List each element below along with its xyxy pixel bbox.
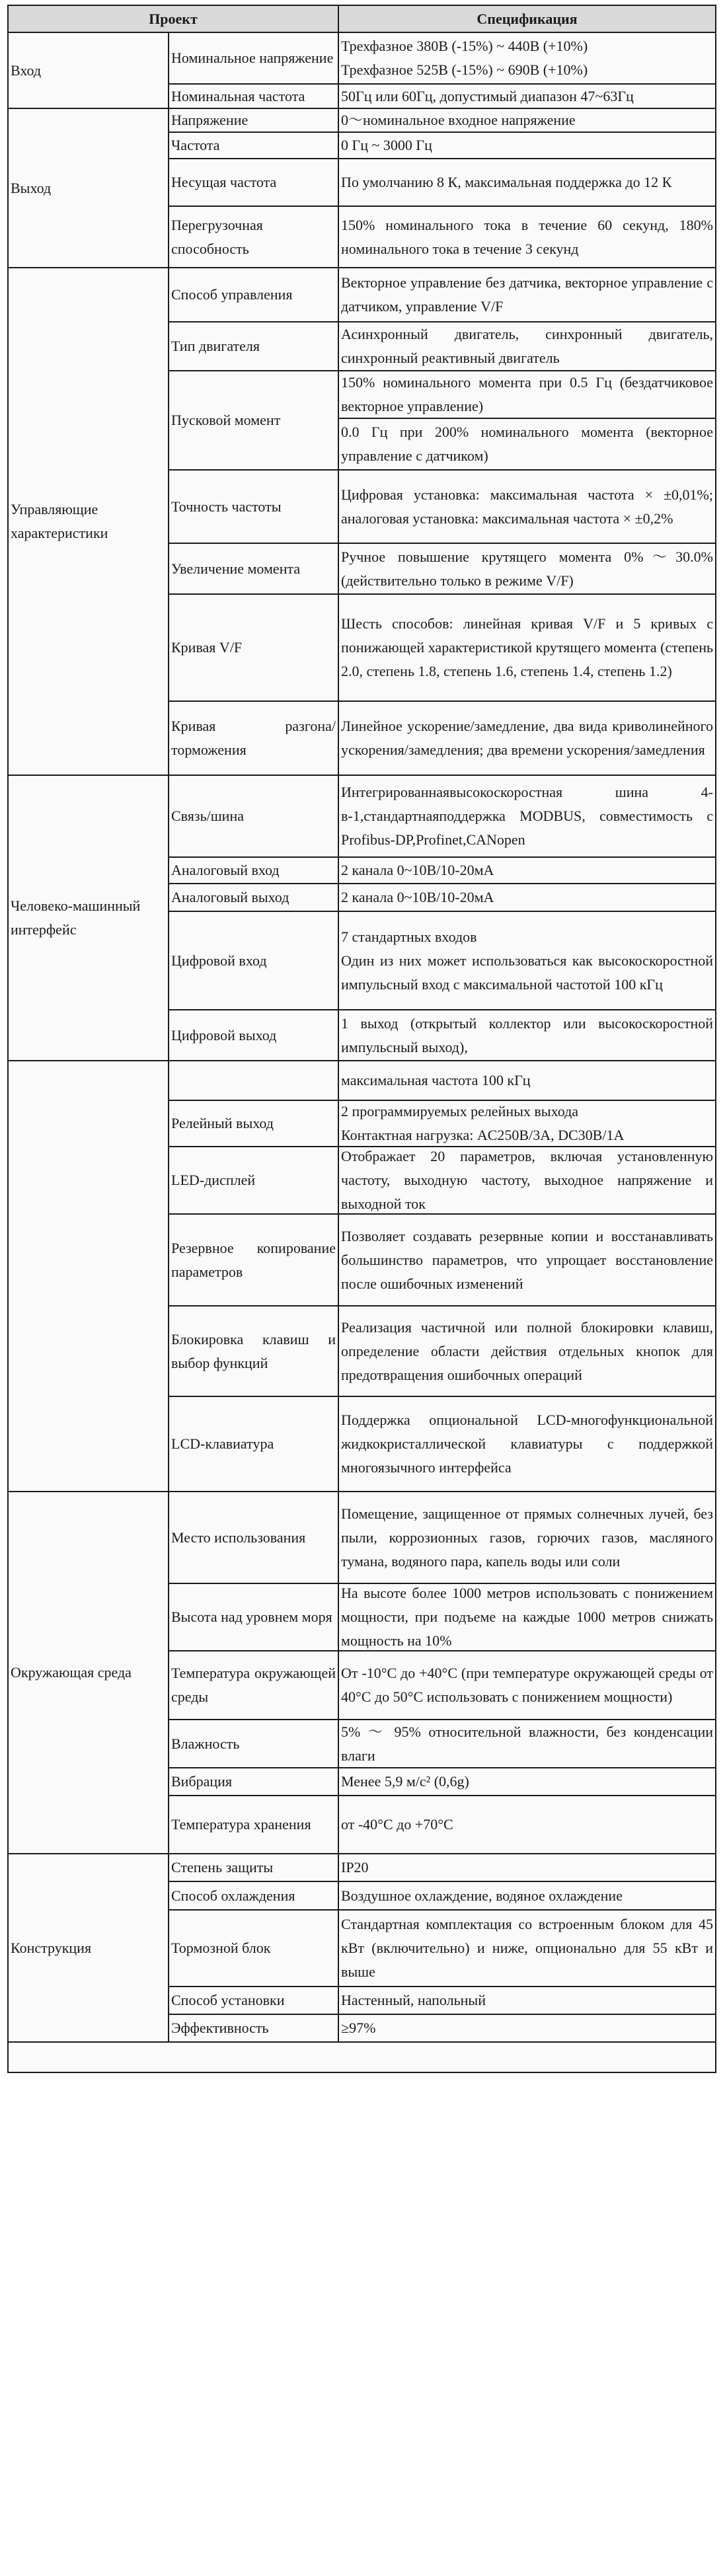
group-cell: Конструкция xyxy=(9,1854,169,2043)
value-text: 2 программируемых релейных выходаКонтакт… xyxy=(341,1101,713,1147)
value-text: От -10°C до +40°C (при температуре окруж… xyxy=(341,1661,713,1709)
value-cell: Интегрированнаявысокоскоростная шина 4-в… xyxy=(339,776,715,858)
value-text: Ручное повышение крутящего момента 0%～30… xyxy=(341,545,713,593)
value-text: 2 канала 0~10В/10-20мА xyxy=(341,886,713,909)
value-line: От -10°C до +40°C (при температуре окруж… xyxy=(341,1661,713,1709)
value-text: На высоте более 1000 метров использовать… xyxy=(341,1584,713,1651)
param-cell: Высота над уровнем моря xyxy=(169,1584,339,1651)
value-cell: На высоте более 1000 метров использовать… xyxy=(339,1584,715,1651)
value-text: от -40°C до +70°C xyxy=(341,1813,713,1837)
param-label: Точность частоты xyxy=(171,495,336,519)
value-cell: Поддержка опциональной LCD-многофункцион… xyxy=(339,1397,715,1492)
value-cell: Воздушное охлаждение, водяное охлаждение xyxy=(339,1882,715,1911)
value-line: Стандартная комплектация со встроенным б… xyxy=(341,1913,713,1984)
value-text: Трехфазное 380В (-15%) ~ 440В (+10%)Трех… xyxy=(341,34,713,82)
value-text: Воздушное охлаждение, водяное охлаждение xyxy=(341,1884,713,1908)
param-cell: Релейный выход xyxy=(169,1101,339,1147)
value-text: Векторное управление без датчика, вектор… xyxy=(341,271,713,319)
param-label: Резервное копирование параметров xyxy=(171,1236,336,1284)
param-label: Способ управления xyxy=(171,283,336,307)
value-text: максимальная частота 100 кГц xyxy=(341,1069,713,1092)
param-label: Степень защиты xyxy=(171,1856,336,1879)
value-cell: 0.0 Гц при 200% номинального момента (ве… xyxy=(339,419,715,471)
param-label: Цифровой вход xyxy=(171,949,336,973)
param-cell: Температура окружающей среды xyxy=(169,1651,339,1720)
value-line: 1 выход (открытый коллектор или высокоск… xyxy=(341,1012,713,1059)
value-cell: Отображает 20 параметров, включая устано… xyxy=(339,1147,715,1215)
header-specification-label: Спецификация xyxy=(341,7,713,31)
value-line: Настенный, напольный xyxy=(341,1989,713,2012)
param-label: Аналоговый выход xyxy=(171,886,336,909)
value-cell: 50Гц или 60Гц, допустимый диапазон 47~63… xyxy=(339,85,715,109)
value-text: 0 Гц ~ 3000 Гц xyxy=(341,133,713,157)
param-label: Эффективность xyxy=(171,2016,336,2040)
value-cell: 5% ～ 95% относительной влажности, без ко… xyxy=(339,1720,715,1768)
value-line: IP20 xyxy=(341,1856,713,1879)
value-cell: Линейное ускорение/замедление, два вида … xyxy=(339,702,715,776)
value-line: 0～номинальное входное напряжение xyxy=(341,109,713,132)
group-cell: Управляющие характеристики xyxy=(9,268,169,776)
param-cell: Способ установки xyxy=(169,1987,339,2015)
param-cell: Увеличение момента xyxy=(169,544,339,595)
param-cell: Номинальное напряжение xyxy=(169,33,339,85)
group-label: Конструкция xyxy=(11,1936,166,1960)
param-label: Связь/шина xyxy=(171,804,336,828)
param-label: Номинальная частота xyxy=(171,85,336,108)
value-line: Шесть способов: линейная кривая V/F и 5 … xyxy=(341,612,713,683)
value-cell: От -10°C до +40°C (при температуре окруж… xyxy=(339,1651,715,1720)
group-label: Окружающая среда xyxy=(11,1661,166,1685)
param-cell: Связь/шина xyxy=(169,776,339,858)
group-cell: Вход xyxy=(9,33,169,109)
param-label: Пусковой момент xyxy=(171,408,336,432)
param-label: Номинальное напряжение xyxy=(171,46,336,70)
param-label: Температура хранения xyxy=(171,1813,336,1837)
param-cell xyxy=(169,1061,339,1101)
spec-table: Проект Спецификация ВходНоминальное напр… xyxy=(7,5,716,2073)
value-cell: По умолчанию 8 К, максимальная поддержка… xyxy=(339,159,715,207)
value-line: максимальная частота 100 кГц xyxy=(341,1069,713,1092)
param-label: Кривая V/F xyxy=(171,636,336,660)
value-cell: Асинхронный двигатель, синхронный двигат… xyxy=(339,322,715,371)
value-text: Настенный, напольный xyxy=(341,1989,713,2012)
param-cell: Тип двигателя xyxy=(169,322,339,371)
param-label: LED-дисплей xyxy=(171,1168,336,1192)
param-label: Способ охлаждения xyxy=(171,1884,336,1908)
value-cell: 0 Гц ~ 3000 Гц xyxy=(339,133,715,159)
header-specification: Спецификация xyxy=(339,6,715,33)
value-line: Ручное повышение крутящего момента 0%～30… xyxy=(341,545,713,593)
param-cell: Номинальная частота xyxy=(169,85,339,109)
param-label: Несущая частота xyxy=(171,170,336,194)
param-label: LCD-клавиатура xyxy=(171,1432,336,1456)
param-cell: Несущая частота xyxy=(169,159,339,207)
param-label: Вибрация xyxy=(171,1770,336,1794)
value-text: 1 выход (открытый коллектор или высокоск… xyxy=(341,1012,713,1059)
value-cell: 2 канала 0~10В/10-20мА xyxy=(339,884,715,912)
value-cell: 150% номинального момента при 0.5 Гц (бе… xyxy=(339,371,715,419)
param-cell: Тормозной блок xyxy=(169,1911,339,1987)
param-cell: Перегрузочная способность xyxy=(169,207,339,268)
param-label: Увеличение момента xyxy=(171,557,336,581)
header-project-label: Проект xyxy=(11,7,336,31)
value-cell: IP20 xyxy=(339,1854,715,1882)
param-cell: Аналоговый выход xyxy=(169,884,339,912)
value-cell: Ручное повышение крутящего момента 0%～30… xyxy=(339,544,715,595)
param-label: Релейный выход xyxy=(171,1112,336,1135)
value-text: 2 канала 0~10В/10-20мА xyxy=(341,858,713,882)
param-cell: Частота xyxy=(169,133,339,159)
value-cell: 7 стандартных входовОдин из них может ис… xyxy=(339,912,715,1010)
param-cell: LED-дисплей xyxy=(169,1147,339,1215)
value-line: По умолчанию 8 К, максимальная поддержка… xyxy=(341,170,713,194)
value-text: Поддержка опциональной LCD-многофункцион… xyxy=(341,1408,713,1480)
header-project: Проект xyxy=(9,6,339,33)
value-text: Помещение, защищенное от прямых солнечны… xyxy=(341,1502,713,1573)
param-label: Влажность xyxy=(171,1732,336,1756)
param-cell: Способ охлаждения xyxy=(169,1882,339,1911)
value-line: от -40°C до +70°C xyxy=(341,1813,713,1837)
value-text: Интегрированнаявысокоскоростная шина 4-в… xyxy=(341,780,713,852)
value-text: 0～номинальное входное напряжение xyxy=(341,109,713,132)
value-line: Реализация частичной или полной блокиров… xyxy=(341,1316,713,1387)
value-text: 150% номинального момента при 0.5 Гц (бе… xyxy=(341,371,713,418)
param-label: Блокировка клавиш и выбор функций xyxy=(171,1328,336,1375)
param-cell: Температура хранения xyxy=(169,1796,339,1854)
value-cell: 0～номинальное входное напряжение xyxy=(339,109,715,133)
value-cell: Помещение, защищенное от прямых солнечны… xyxy=(339,1492,715,1584)
value-line: Асинхронный двигатель, синхронный двигат… xyxy=(341,322,713,370)
value-line: 5% ～ 95% относительной влажности, без ко… xyxy=(341,1720,713,1768)
value-line: Позволяет создавать резервные копии и во… xyxy=(341,1225,713,1296)
param-label: Кривая разгона/торможения xyxy=(171,714,336,762)
value-cell: Менее 5,9 м/с² (0,6g) xyxy=(339,1768,715,1796)
value-text: 50Гц или 60Гц, допустимый диапазон 47~63… xyxy=(341,85,713,108)
value-text: ≥97% xyxy=(341,2016,713,2040)
param-label: Способ установки xyxy=(171,1989,336,2012)
value-text: 0.0 Гц при 200% номинального момента (ве… xyxy=(341,420,713,468)
value-line: Трехфазное 380В (-15%) ~ 440В (+10%) xyxy=(341,34,713,58)
value-line: 2 канала 0~10В/10-20мА xyxy=(341,886,713,909)
param-cell: Вибрация xyxy=(169,1768,339,1796)
value-text: По умолчанию 8 К, максимальная поддержка… xyxy=(341,170,713,194)
param-cell: Точность частоты xyxy=(169,471,339,544)
value-line: 2 программируемых релейных выхода xyxy=(341,1101,713,1123)
value-line: Векторное управление без датчика, вектор… xyxy=(341,271,713,319)
param-cell: Блокировка клавиш и выбор функций xyxy=(169,1307,339,1397)
group-cell: Окружающая среда xyxy=(9,1492,169,1854)
group-label: Человеко-машинный интерфейс xyxy=(11,894,166,942)
group-label: Выход xyxy=(11,176,166,200)
param-cell: Резервное копирование параметров xyxy=(169,1215,339,1307)
param-label: Перегрузочная способность xyxy=(171,213,336,261)
value-text: 5% ～ 95% относительной влажности, без ко… xyxy=(341,1720,713,1768)
value-cell: 2 программируемых релейных выходаКонтакт… xyxy=(339,1101,715,1147)
param-cell: Влажность xyxy=(169,1720,339,1768)
param-label: Напряжение xyxy=(171,109,336,132)
value-line: ≥97% xyxy=(341,2016,713,2040)
group-cell: Человеко-машинный интерфейс xyxy=(9,776,169,1061)
value-text: 7 стандартных входовОдин из них может ис… xyxy=(341,925,713,997)
param-label: Высота над уровнем моря xyxy=(171,1605,336,1629)
param-cell: Кривая V/F xyxy=(169,595,339,702)
value-cell: Реализация частичной или полной блокиров… xyxy=(339,1307,715,1397)
value-cell: 150% номинального тока в течение 60 секу… xyxy=(339,207,715,268)
value-text: IP20 xyxy=(341,1856,713,1879)
group-label: Управляющие характеристики xyxy=(11,498,166,545)
value-cell: 1 выход (открытый коллектор или высокоск… xyxy=(339,1010,715,1061)
value-cell: от -40°C до +70°C xyxy=(339,1796,715,1854)
param-label: Частота xyxy=(171,133,336,157)
param-label: Аналоговый вход xyxy=(171,858,336,882)
value-line: Цифровая установка: максимальная частота… xyxy=(341,483,713,531)
value-line: Отображает 20 параметров, включая устано… xyxy=(341,1147,713,1215)
value-cell: максимальная частота 100 кГц xyxy=(339,1061,715,1101)
value-text: Шесть способов: линейная кривая V/F и 5 … xyxy=(341,612,713,683)
value-text: Менее 5,9 м/с² (0,6g) xyxy=(341,1770,713,1794)
value-line: 150% номинального тока в течение 60 секу… xyxy=(341,213,713,261)
group-cell: Выход xyxy=(9,109,169,268)
value-text: Позволяет создавать резервные копии и во… xyxy=(341,1225,713,1296)
value-line: Линейное ускорение/замедление, два вида … xyxy=(341,714,713,762)
value-text: Линейное ускорение/замедление, два вида … xyxy=(341,714,713,762)
value-text: Цифровая установка: максимальная частота… xyxy=(341,483,713,531)
value-line: Контактная нагрузка: AC250В/3А, DC30В/1А xyxy=(341,1123,713,1147)
param-cell: Место использования xyxy=(169,1492,339,1584)
param-cell: Напряжение xyxy=(169,109,339,133)
param-cell: LCD-клавиатура xyxy=(169,1397,339,1492)
param-label: Температура окружающей среды xyxy=(171,1661,336,1709)
value-line: Поддержка опциональной LCD-многофункцион… xyxy=(341,1408,713,1480)
value-line: Один из них может использоваться как выс… xyxy=(341,949,713,997)
value-cell: Трехфазное 380В (-15%) ~ 440В (+10%)Трех… xyxy=(339,33,715,85)
value-line: На высоте более 1000 метров использовать… xyxy=(341,1584,713,1651)
value-line: Трехфазное 525В (-15%) ~ 690В (+10%) xyxy=(341,58,713,82)
value-text: 150% номинального тока в течение 60 секу… xyxy=(341,213,713,261)
value-text: Стандартная комплектация со встроенным б… xyxy=(341,1913,713,1984)
param-label: Тип двигателя xyxy=(171,334,336,358)
value-line: 50Гц или 60Гц, допустимый диапазон 47~63… xyxy=(341,85,713,108)
group-cell xyxy=(9,1061,169,1492)
value-text: Реализация частичной или полной блокиров… xyxy=(341,1316,713,1387)
param-cell: Цифровой выход xyxy=(169,1010,339,1061)
value-text: Отображает 20 параметров, включая устано… xyxy=(341,1147,713,1215)
param-label: Цифровой выход xyxy=(171,1024,336,1047)
value-line: Менее 5,9 м/с² (0,6g) xyxy=(341,1770,713,1794)
value-cell: Шесть способов: линейная кривая V/F и 5 … xyxy=(339,595,715,702)
param-label: Тормозной блок xyxy=(171,1936,336,1960)
param-label: Место использования xyxy=(171,1526,336,1550)
param-cell: Способ управления xyxy=(169,268,339,322)
value-cell: Настенный, напольный xyxy=(339,1987,715,2015)
param-cell: Эффективность xyxy=(169,2015,339,2043)
value-cell: ≥97% xyxy=(339,2015,715,2043)
param-cell: Кривая разгона/торможения xyxy=(169,702,339,776)
value-cell: Стандартная комплектация со встроенным б… xyxy=(339,1911,715,1987)
param-cell: Цифровой вход xyxy=(169,912,339,1010)
value-cell: Позволяет создавать резервные копии и во… xyxy=(339,1215,715,1307)
group-label: Вход xyxy=(11,59,166,83)
value-line: 0 Гц ~ 3000 Гц xyxy=(341,133,713,157)
param-cell: Степень защиты xyxy=(169,1854,339,1882)
value-line: 2 канала 0~10В/10-20мА xyxy=(341,858,713,882)
value-cell: Векторное управление без датчика, вектор… xyxy=(339,268,715,322)
value-cell: 2 канала 0~10В/10-20мА xyxy=(339,858,715,884)
value-line: 7 стандартных входов xyxy=(341,925,713,949)
param-cell: Аналоговый вход xyxy=(169,858,339,884)
value-line: Воздушное охлаждение, водяное охлаждение xyxy=(341,1884,713,1908)
value-cell: Цифровая установка: максимальная частота… xyxy=(339,471,715,544)
value-text: Асинхронный двигатель, синхронный двигат… xyxy=(341,322,713,370)
value-line: Помещение, защищенное от прямых солнечны… xyxy=(341,1502,713,1573)
value-line: Интегрированнаявысокоскоростная шина 4-в… xyxy=(341,780,713,852)
param-cell: Пусковой момент xyxy=(169,371,339,471)
